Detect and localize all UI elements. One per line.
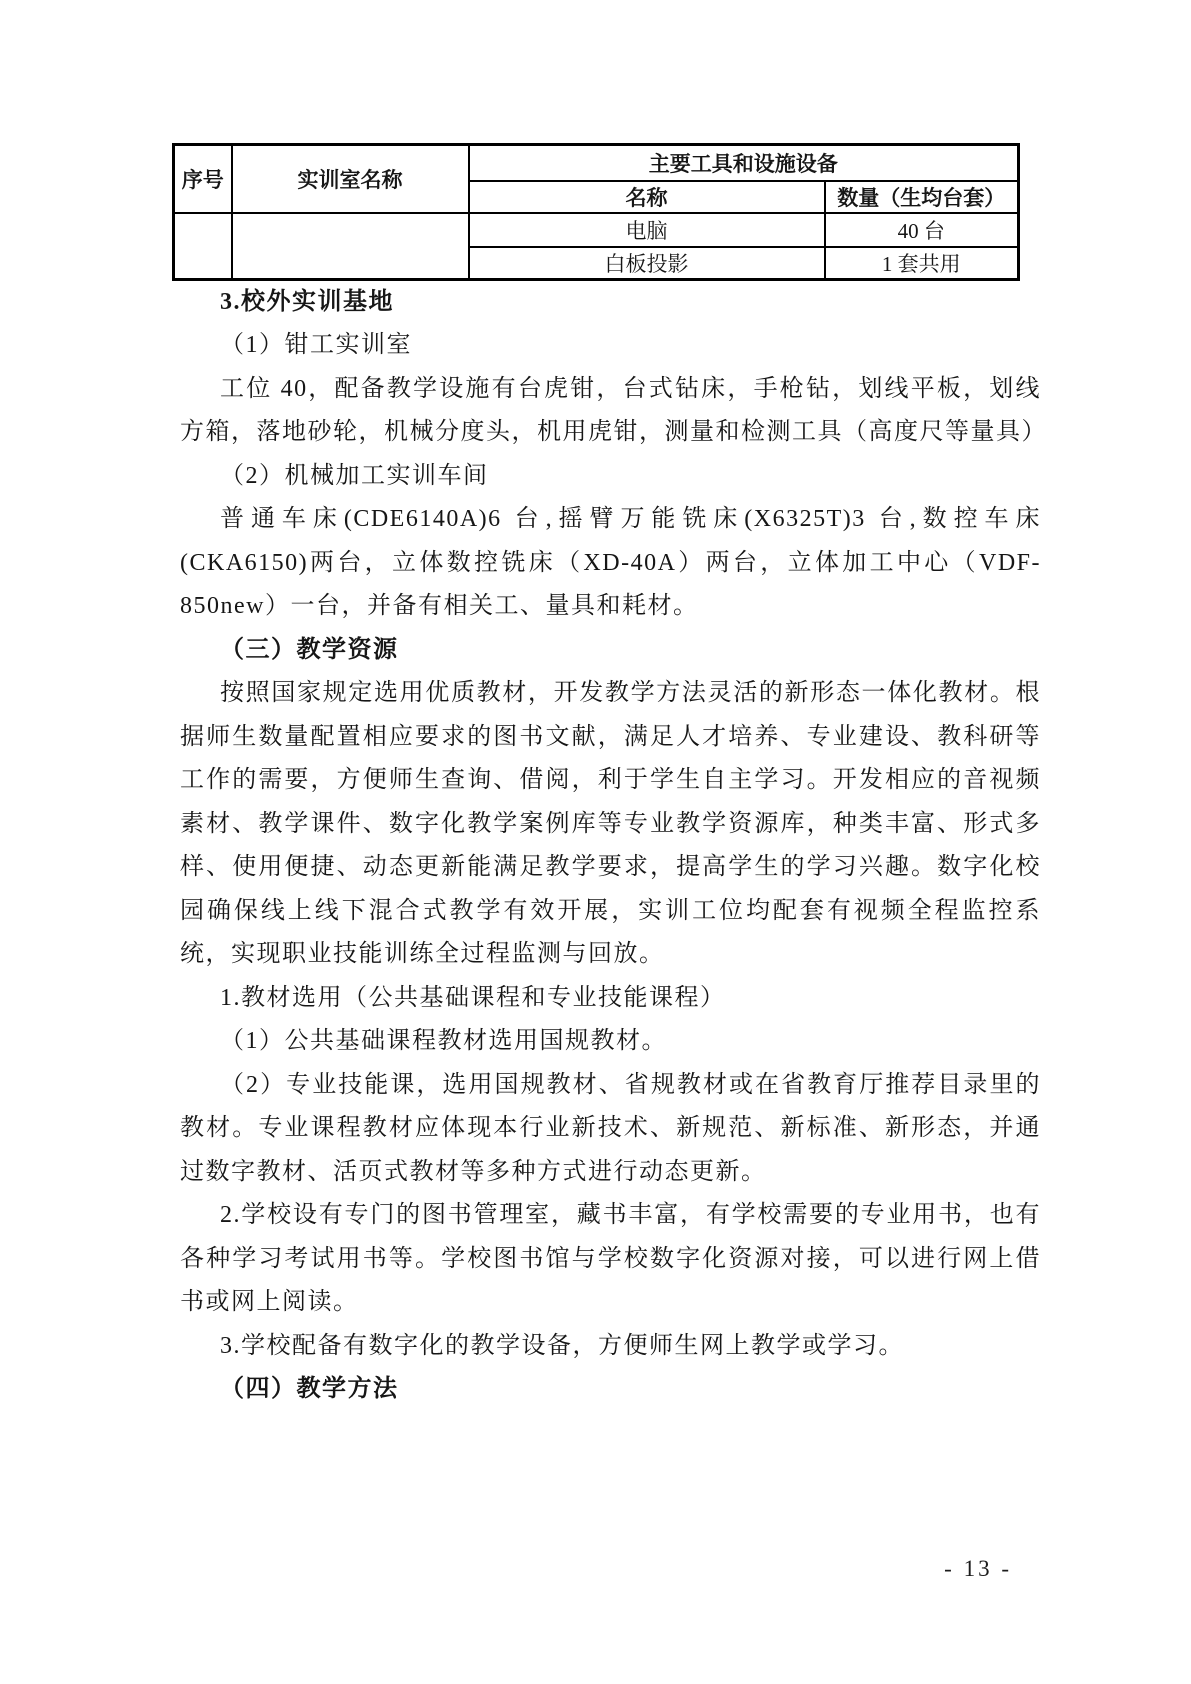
table-header-serial: 序号 [174,145,232,213]
page-number: - 13 - [944,1556,1012,1582]
item-machining-workshop: （2）机械加工实训车间 [180,455,1041,499]
item-digital-teaching-equipment: 3.学校配备有数字化的教学设备，方便师生网上教学或学习。 [180,1325,1041,1369]
table-cell-equipment-name: 电脑 [469,213,825,247]
table-header-tools: 主要工具和设施设备 [469,145,1019,181]
document-page: 序号 实训室名称 主要工具和设施设备 名称 数量（生均台套） 电脑 40 台 白… [0,0,1191,1684]
item-textbook-selection: 1.教材选用（公共基础课程和专业技能课程） [180,977,1041,1021]
document-body: 3.校外实训基地 （1）钳工实训室 工位 40，配备教学设施有台虎钳，台式钻床，… [180,281,1041,1412]
table-cell-serial-empty [174,213,232,280]
item-public-basic-textbooks: （1）公共基础课程教材选用国规教材。 [180,1020,1041,1064]
table-header-name: 名称 [469,181,825,213]
para-teaching-resources: 按照国家规定选用优质教材，开发教学方法灵活的新形态一体化教材。根据师生数量配置相… [180,672,1041,977]
table-header-room-name: 实训室名称 [232,145,469,213]
heading-off-campus-training-base: 3.校外实训基地 [180,281,1041,325]
table-header-quantity: 数量（生均台套） [825,181,1019,213]
heading-teaching-methods: （四）教学方法 [180,1368,1041,1412]
equipment-table: 序号 实训室名称 主要工具和设施设备 名称 数量（生均台套） 电脑 40 台 白… [172,143,1020,281]
table-cell-equipment-name: 白板投影 [469,247,825,280]
table-cell-equipment-quantity: 1 套共用 [825,247,1019,280]
item-fitter-training-room: （1）钳工实训室 [180,324,1041,368]
heading-teaching-resources: （三）教学资源 [180,629,1041,673]
para-machining-equipment: 普通车床(CDE6140A)6 台,摇臂万能铣床(X6325T)3 台,数控车床… [180,498,1041,629]
item-professional-textbooks: （2）专业技能课，选用国规教材、省规教材或在省教育厅推荐目录里的教材。专业课程教… [180,1064,1041,1195]
table-cell-room-name-empty [232,213,469,280]
para-fitter-equipment: 工位 40，配备教学设施有台虎钳，台式钻床，手枪钻，划线平板，划线方箱，落地砂轮… [180,368,1041,455]
table-cell-equipment-quantity: 40 台 [825,213,1019,247]
item-library: 2.学校设有专门的图书管理室，藏书丰富，有学校需要的专业用书，也有各种学习考试用… [180,1194,1041,1325]
